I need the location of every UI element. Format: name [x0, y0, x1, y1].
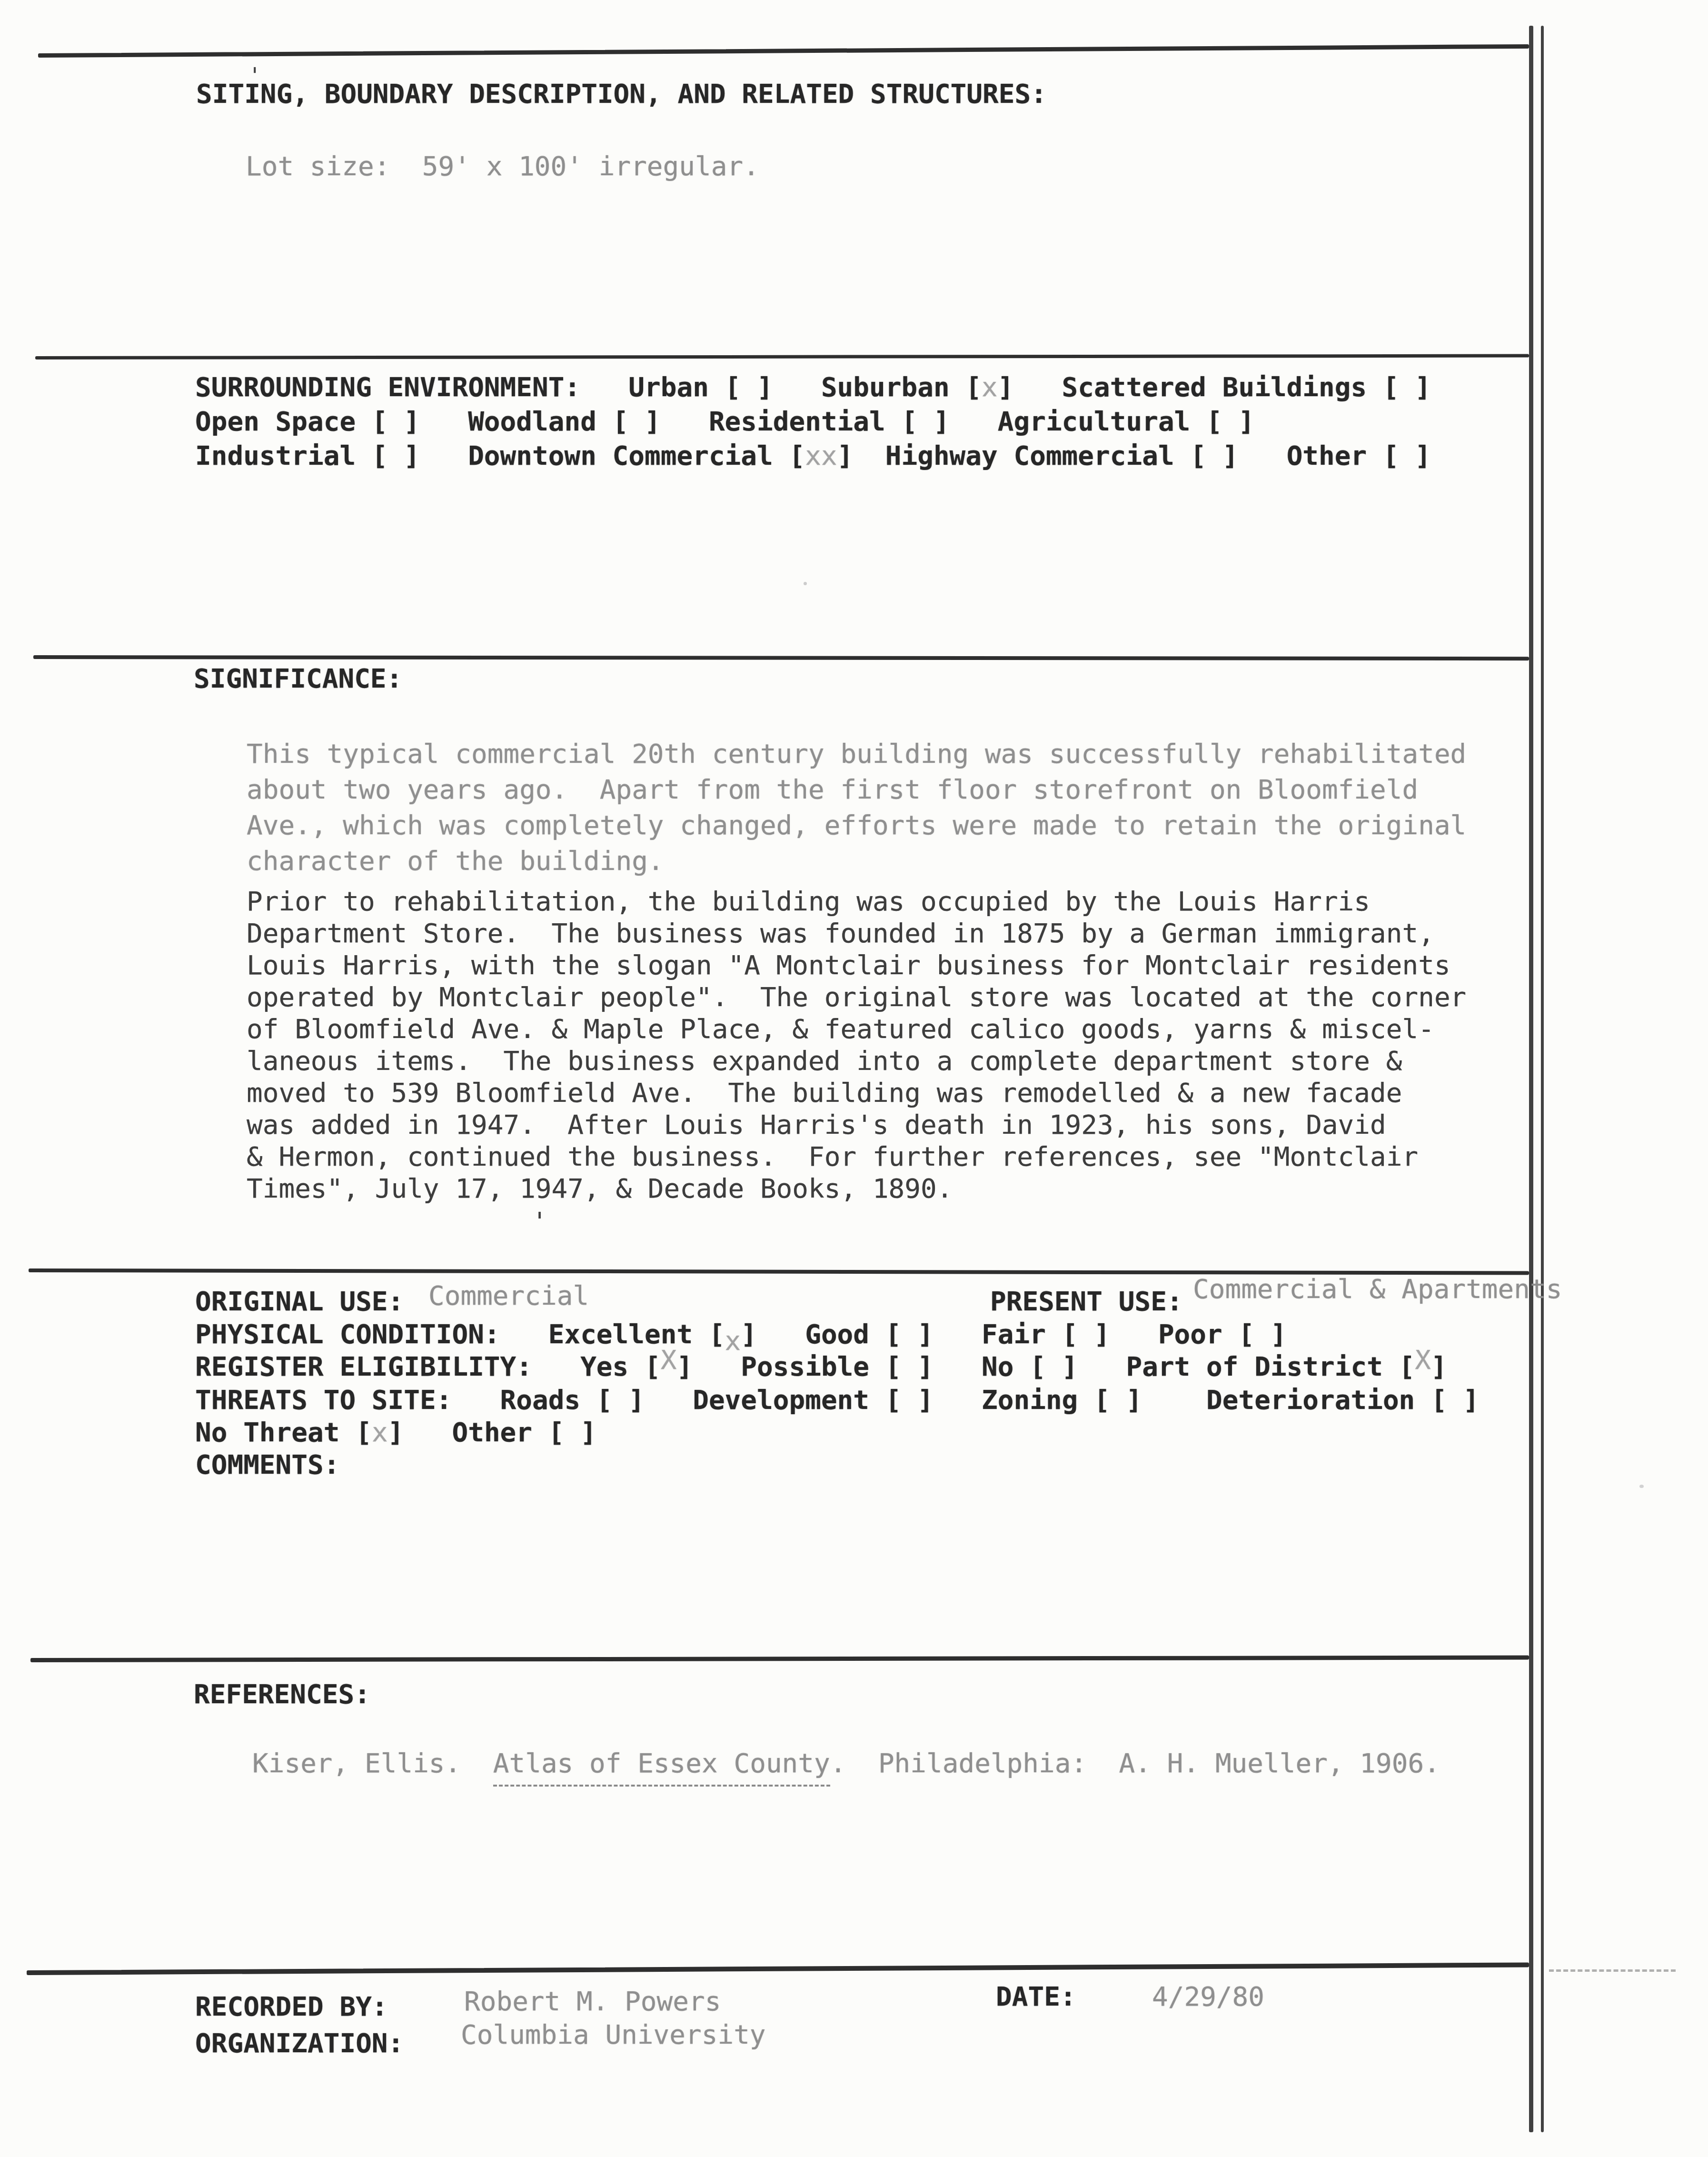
- date-label: DATE:: [996, 1982, 1076, 2012]
- scanned-survey-form-page: ' ' SITING, BOUNDARY DESCRIPTION, AND RE…: [0, 0, 1708, 2157]
- recorded-by-label: RECORDED BY:: [195, 1992, 388, 2022]
- section-footer: RECORDED BY: Robert M. Powers DATE: 4/29…: [0, 0, 1708, 2157]
- organization-label: ORGANIZATION:: [195, 2028, 404, 2059]
- organization-value: Columbia University: [461, 2020, 766, 2050]
- recorded-by-value: Robert M. Powers: [464, 1987, 721, 2017]
- date-value: 4/29/80: [1152, 1982, 1264, 2012]
